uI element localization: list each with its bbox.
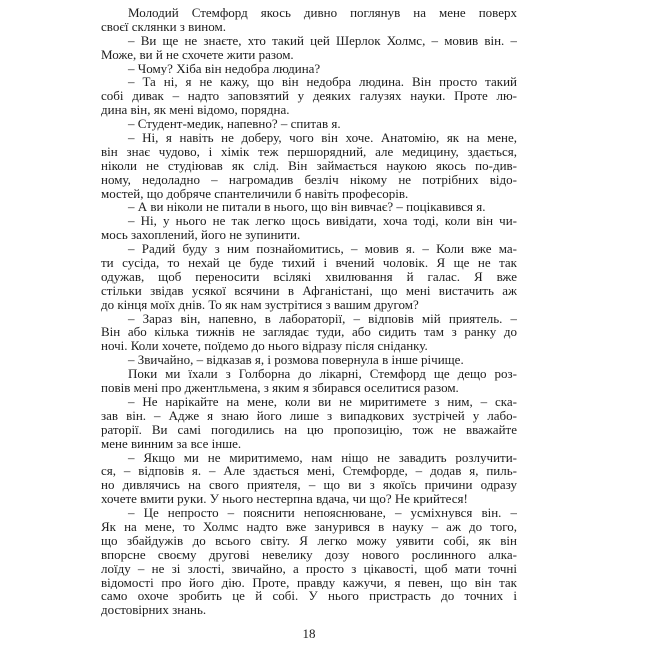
text-line: що збайдужів до всього світу. Я легко мо… [101,534,517,548]
text-line: Молодий Стемфорд якось дивно поглянув на… [101,6,517,20]
paragraph: – Ні, у нього не так легко щось вивідати… [101,214,517,242]
paragraph: Молодий Стемфорд якось дивно поглянув на… [101,6,517,34]
text-line: Може, ви й не схочете жити разом. [101,48,517,62]
text-line: – Ні, у нього не так легко щось вивідати… [101,214,517,228]
text-line: – Це непросто – пояснити непояснюване, –… [101,506,517,520]
paragraph: – Та ні, я не кажу, що він недобра людин… [101,75,517,117]
text-line: ніколи не студіював як слід. Він займаєт… [101,159,517,173]
text-line: но дивлячись на свого приятеля, – що ви … [101,478,517,492]
text-line: ночі. Коли хочете, поїдемо до нього відр… [101,339,517,353]
text-line: – Ні, я навіть не доберу, чого він хоче.… [101,131,517,145]
paragraph: – А ви ніколи не питали в нього, що він … [101,200,517,214]
text-line: – Радий буду з ним познайомитись, – мови… [101,242,517,256]
text-line: впорсне своєму другові невелику дозу нов… [101,548,517,562]
paragraph: – Зараз він, напевно, в лабораторії, – в… [101,312,517,354]
text-line: раторії. Ви самі погодились на цю пропоз… [101,423,517,437]
text-line: само охоче зробить це й собі. У нього пр… [101,589,517,603]
text-block: Молодий Стемфорд якось дивно поглянув на… [101,6,517,617]
paragraph: – Це непросто – пояснити непояснюване, –… [101,506,517,617]
paragraph: – Студент-медик, напевно? – спитав я. [101,117,517,131]
paragraph: – Ви ще не знаєте, хто такий цей Шерлок … [101,34,517,62]
text-line: відомості про його дію. Проте, правду ка… [101,576,517,590]
text-line: зав він. – Адже я знаю його лише з випад… [101,409,517,423]
text-line: собі дивак – надто заповзятий у деяких г… [101,89,517,103]
text-line: – Якщо ми не миритимемо, нам ніщо не зав… [101,451,517,465]
paragraph: Поки ми їхали з Голборна до лікарні, Сте… [101,367,517,395]
paragraph: – Чому? Хіба він недобра людина? [101,62,517,76]
text-line: – Зараз він, напевно, в лабораторії, – в… [101,312,517,326]
text-line: мене винним за все інше. [101,437,517,451]
page-footer: 18 [101,625,517,643]
text-line: мостей, що добряче спантеличили б навіть… [101,187,517,201]
paragraph: – Якщо ми не миритимемо, нам ніщо не зав… [101,451,517,507]
text-line: хочете вмити руки. У нього нестерпна вда… [101,492,517,506]
text-line: – Ви ще не знаєте, хто такий цей Шерлок … [101,34,517,48]
text-line: до кінця моїх днів. То як нам зустрітися… [101,298,517,312]
text-line: ся, – відповів я. – Але здається мені, С… [101,464,517,478]
paragraph: – Не нарікайте на мене, коли ви не мирит… [101,395,517,451]
text-line: – Не нарікайте на мене, коли ви не мирит… [101,395,517,409]
text-line: – Звичайно, – відказав я, і розмова пове… [101,353,517,367]
text-line: ти сусіда, то нехай це буде тихий і вчен… [101,256,517,270]
text-line: він знає чудово, і хімік теж першорядний… [101,145,517,159]
text-line: лоїду – не зі злості, звичайно, а просто… [101,562,517,576]
paragraph: – Звичайно, – відказав я, і розмова пове… [101,353,517,367]
text-line: Поки ми їхали з Голборна до лікарні, Сте… [101,367,517,381]
text-line: повів мені про джентльмена, з яким я зби… [101,381,517,395]
paragraph: – Радий буду з ним познайомитись, – мови… [101,242,517,311]
text-line: стільки звідав усякої всячини в Афганіст… [101,284,517,298]
text-line: ному, недоладно – нагромадив безліч ніко… [101,173,517,187]
text-line: – Та ні, я не кажу, що він недобра людин… [101,75,517,89]
text-line: мось захоплений, його не зупинити. [101,228,517,242]
text-line: своєї склянки з вином. [101,20,517,34]
text-line: Він або кілька тижнів не заглядає туди, … [101,325,517,339]
text-line: – Студент-медик, напевно? – спитав я. [101,117,517,131]
text-line: одужав, щоб переносити всілякі хвилюванн… [101,270,517,284]
book-page: Молодий Стемфорд якось дивно поглянув на… [0,0,650,650]
text-line: – Чому? Хіба він недобра людина? [101,62,517,76]
page-number: 18 [303,626,316,641]
text-line: Як на мене, то Холмс надто вже занурився… [101,520,517,534]
text-line: дина він, як мені відомо, порядна. [101,103,517,117]
text-line: достовірних знань. [101,603,517,617]
text-line: – А ви ніколи не питали в нього, що він … [101,200,517,214]
paragraph: – Ні, я навіть не доберу, чого він хоче.… [101,131,517,200]
